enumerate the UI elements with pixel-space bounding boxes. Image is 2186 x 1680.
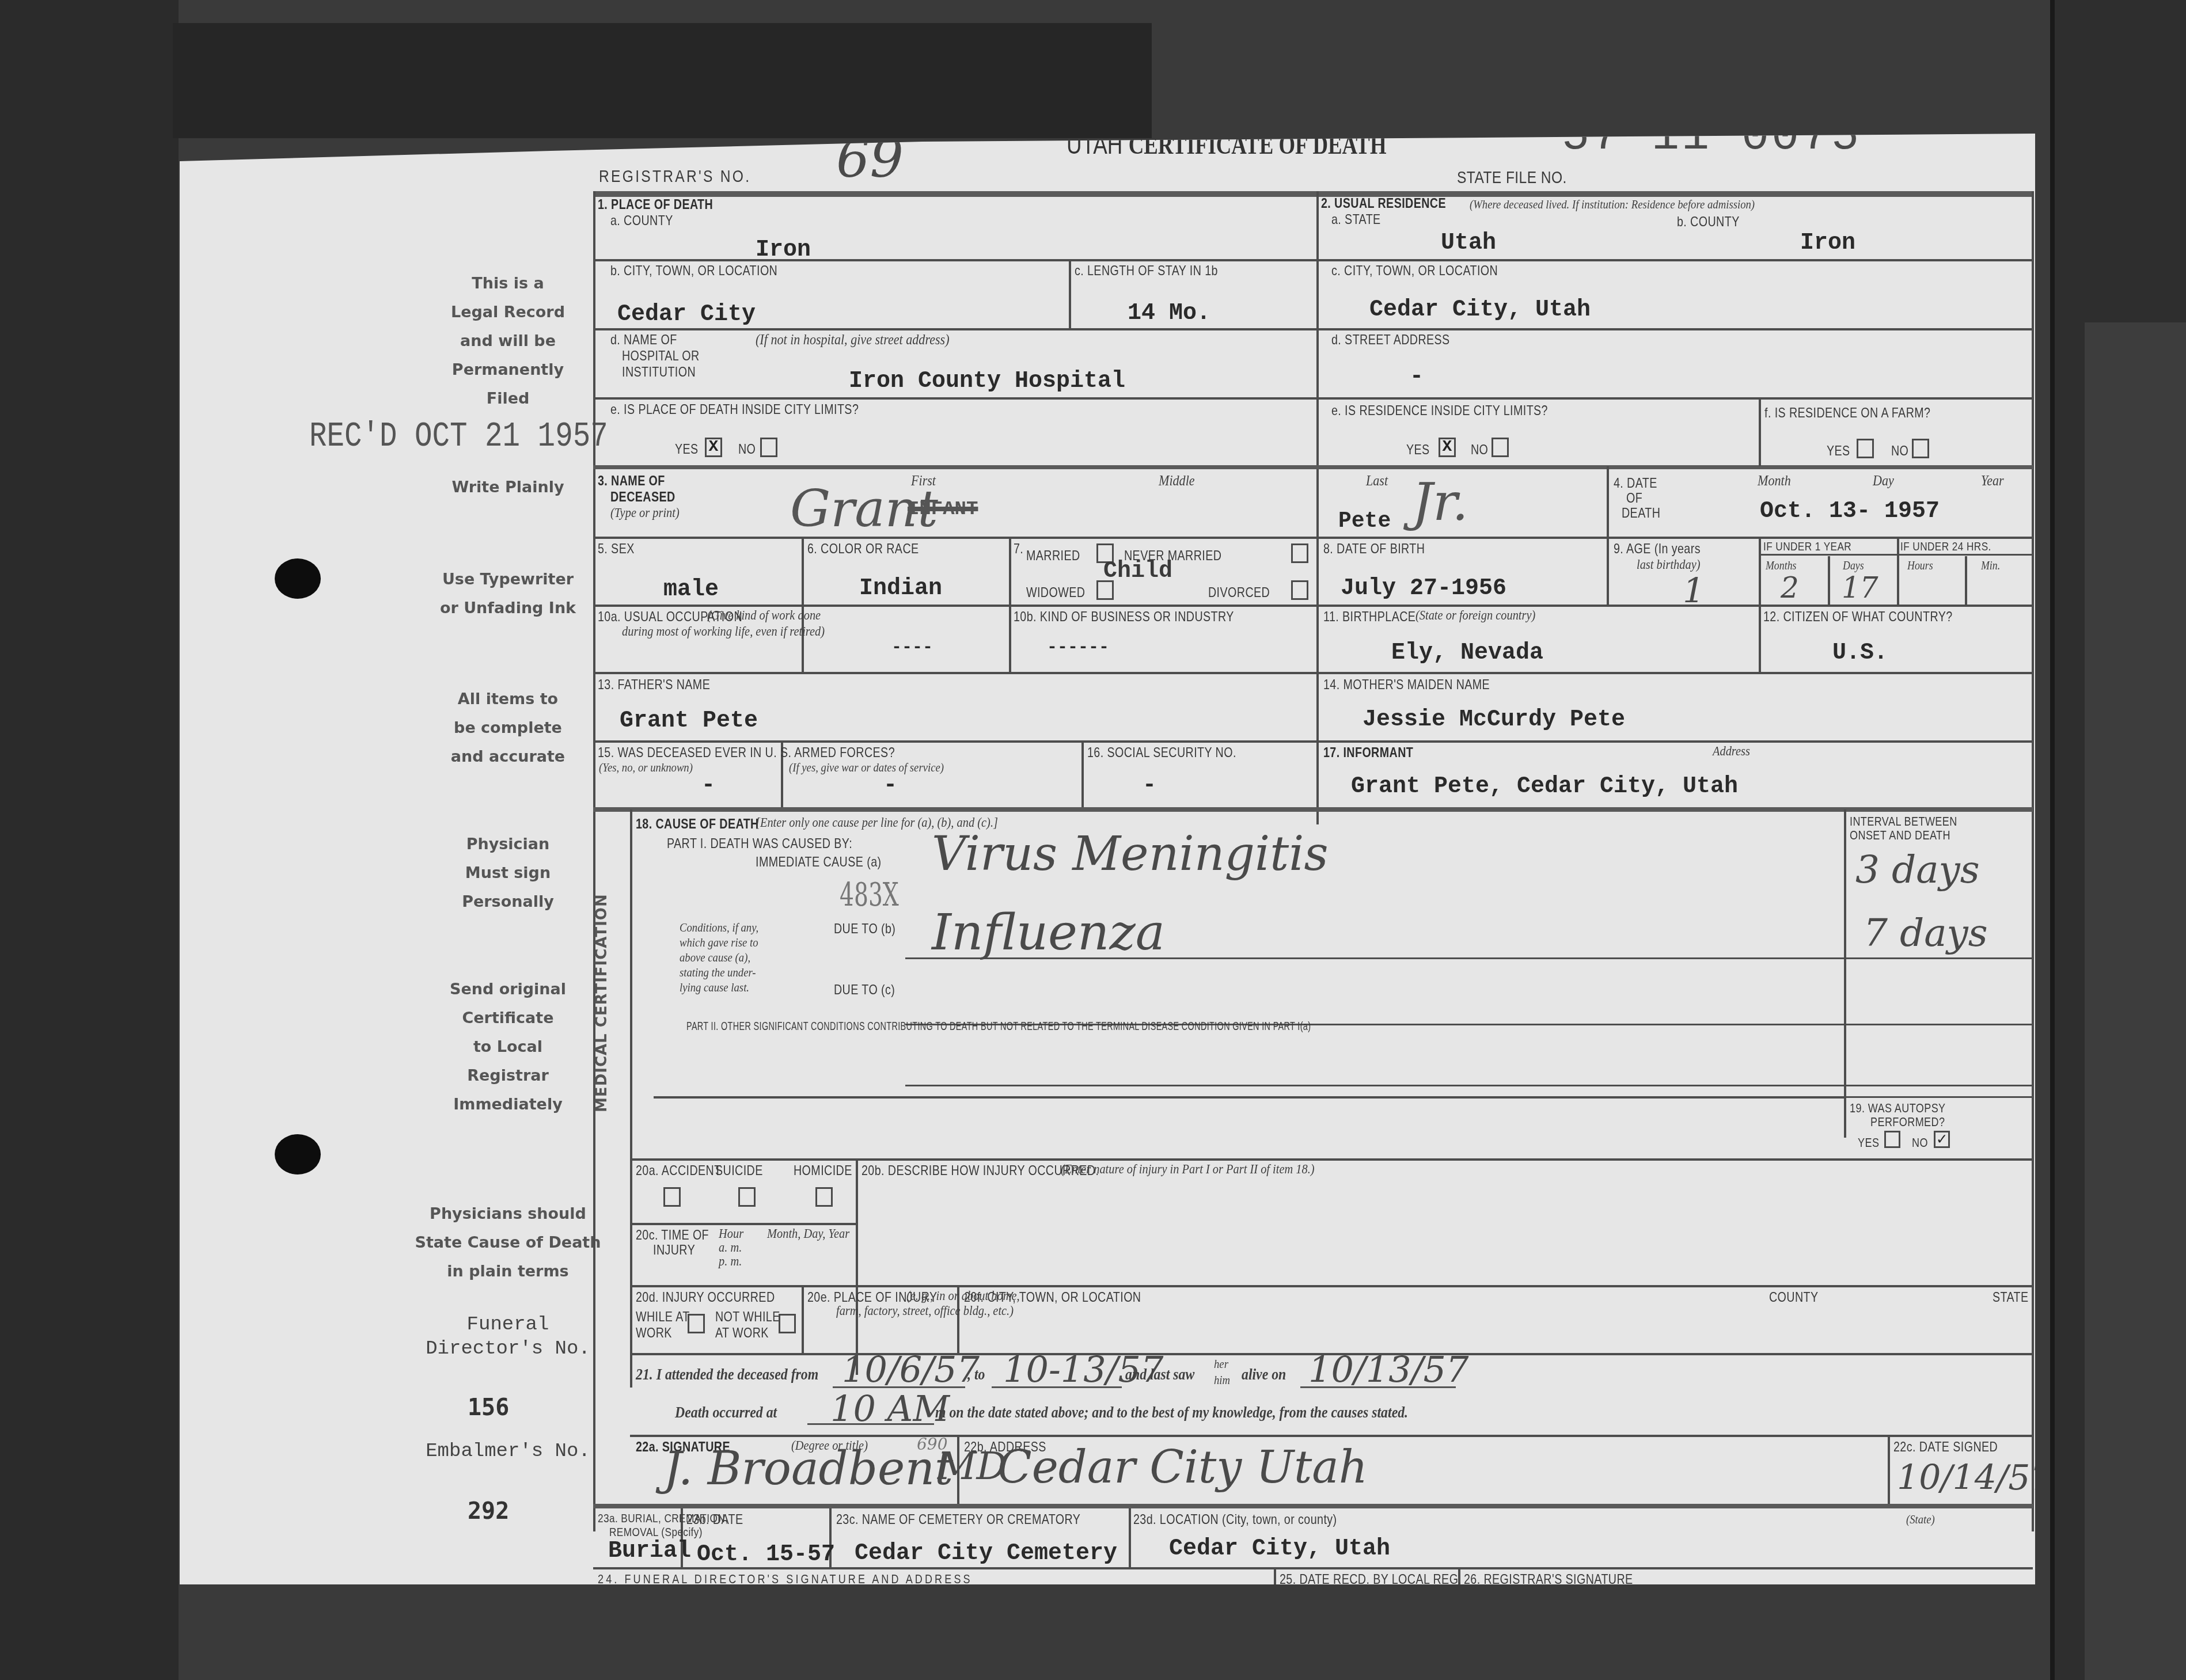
injury-city-label: 20f. CITY, TOWN, OR LOCATION [964, 1290, 1141, 1306]
physician-sign-notice: Physician Must sign Personally [427, 830, 589, 917]
row-line [1844, 1085, 2033, 1086]
race-label: 6. COLOR OR RACE [807, 541, 919, 557]
form-bottom-border [593, 1635, 2033, 1640]
industry-label: 10b. KIND OF BUSINESS OR INDUSTRY [1014, 609, 1234, 625]
min-label: Min. [1981, 558, 2000, 573]
registrar-signature[interactable]: Margaret C. Webster [1462, 1580, 1928, 1631]
widowed-checkbox[interactable] [1096, 580, 1114, 600]
row-line [630, 1223, 856, 1225]
length-of-stay-label: c. LENGTH OF STAY IN 1b [1075, 263, 1218, 279]
to-label: , to [967, 1366, 985, 1384]
injury-state-label: STATE [1993, 1290, 2029, 1306]
punch-hole-top [275, 558, 321, 599]
place-of-death-label: 1. PLACE OF DEATH [598, 197, 713, 213]
pod-no-label: NO [738, 442, 756, 458]
row-line [1844, 1096, 2033, 1098]
suicide-checkbox[interactable] [738, 1187, 756, 1207]
pod-county-value[interactable]: Iron [756, 237, 811, 263]
col-line [1897, 537, 1899, 605]
usual-residence-hint: (Where deceased lived. If institution: R… [1470, 197, 1755, 212]
never-married-checkbox[interactable] [1291, 543, 1308, 563]
res-city-limits-yes-checkbox[interactable]: X [1439, 438, 1456, 457]
age-label-2: last birthday) [1637, 557, 1701, 573]
res-yes-label: YES [1406, 442, 1430, 458]
col-line [1607, 466, 1609, 537]
res-no-label: NO [1471, 442, 1488, 458]
res-city-label: c. CITY, TOWN, OR LOCATION [1331, 263, 1498, 279]
row-line [630, 1435, 2033, 1437]
divorced-label: DIVORCED [1208, 585, 1270, 601]
age-label-1: 9. AGE (In years [1614, 541, 1701, 557]
row-line [593, 1504, 2033, 1508]
time-of-injury-label-1: 20c. TIME OF [636, 1227, 709, 1244]
attended-from-value[interactable]: 10/6/57 [842, 1348, 980, 1390]
col-line [856, 1158, 858, 1375]
mother-value[interactable]: Jessie McCurdy Pete [1363, 707, 1625, 733]
col-line [1759, 397, 1761, 466]
birthplace-value[interactable]: Ely, Nevada [1391, 640, 1543, 666]
homicide-checkbox[interactable] [815, 1187, 833, 1207]
armed-forces-value[interactable]: - [701, 773, 715, 799]
cemetery-label: 23c. NAME OF CEMETERY OR CREMATORY [836, 1512, 1080, 1528]
due-to-c-label: DUE TO (c) [834, 982, 895, 998]
immediate-cause-value[interactable]: Virus Meningitis [932, 827, 1328, 881]
col-line [1274, 1567, 1276, 1636]
while-at-work-checkbox[interactable] [688, 1314, 705, 1333]
legal-record-notice: This is a Legal Record and will be Perma… [427, 269, 589, 413]
interval-column-line [1844, 809, 1846, 1138]
interval-label-2: ONSET AND DEATH [1850, 828, 1950, 843]
burial-date-label: 23b. DATE [686, 1512, 743, 1528]
occupation-value[interactable]: ---- [891, 638, 933, 657]
immediate-cause-label: IMMEDIATE CAUSE (a) [756, 854, 881, 871]
interval-a-line [1844, 957, 2033, 959]
row-line [593, 740, 2033, 743]
col-line [1069, 259, 1071, 328]
res-city-limits-no-checkbox[interactable] [1492, 438, 1509, 457]
part2-label: PART II. OTHER SIGNIFICANT CONDITIONS CO… [686, 1020, 1311, 1033]
age-min-value[interactable] [1982, 577, 2017, 600]
sex-label: 5. SEX [598, 541, 635, 557]
conditions-hint: Conditions, if any, which gave rise to a… [680, 920, 758, 995]
first-name-typed-struck: INFANT [908, 499, 978, 520]
birthplace-label: 11. BIRTHPLACE [1323, 609, 1415, 625]
scanner-background-left [0, 0, 179, 1680]
year-label: Year [1981, 472, 2004, 489]
last-saw-alive-value[interactable]: 10/13/57 [1308, 1348, 1468, 1390]
date-signed-label: 22c. DATE SIGNED [1893, 1439, 1998, 1455]
her-label: her [1214, 1356, 1228, 1371]
res-street-value[interactable]: - [1410, 364, 1424, 390]
armed-forces-service-value[interactable]: - [883, 773, 897, 799]
under-1-year-label: IF UNDER 1 YEAR [1763, 540, 1851, 554]
funeral-director-no-label: Funeral Director's No. [393, 1313, 623, 1361]
time-of-injury-label-2: INJURY [653, 1242, 695, 1259]
row-line [593, 807, 2033, 812]
send-original-notice: Send original Certificate to Local Regis… [427, 975, 589, 1119]
col-line [1828, 556, 1830, 605]
death-certificate: REGISTRAR'S NO. 69 UTAH CERTIFICATE OF D… [180, 134, 2035, 1584]
autopsy-label-1: 19. WAS AUTOPSY [1850, 1101, 1946, 1116]
interval-label-1: INTERVAL BETWEEN [1850, 814, 1957, 829]
age-years-value[interactable]: 1 [1683, 571, 1705, 611]
adjacent-page-edge [2085, 322, 2186, 1680]
write-plainly-notice: Write Plainly [427, 473, 589, 502]
citizen-label: 12. CITIZEN OF WHAT COUNTRY? [1763, 609, 1953, 625]
pod-city-limits-label: e. IS PLACE OF DEATH INSIDE CITY LIMITS? [610, 402, 859, 418]
accident-checkbox[interactable] [663, 1187, 681, 1207]
row-line [593, 672, 2033, 674]
date-recd-value[interactable]: Oct.14.1957 [1280, 1580, 1553, 1631]
part1-label: PART I. DEATH WAS CAUSED BY: [667, 836, 852, 852]
birthplace-hint: (State or foreign country) [1415, 608, 1535, 624]
citizen-value[interactable]: U.S. [1832, 640, 1888, 666]
funeral-director-signature[interactable]: Whitney & Jensen Cedar City [602, 1579, 1270, 1630]
row-line [593, 397, 2033, 400]
am-label: a. m. [719, 1240, 742, 1256]
name-label-2: DECEASED [610, 489, 675, 505]
farm-label: f. IS RESIDENCE ON A FARM? [1764, 405, 1930, 421]
column-divider [1316, 191, 1319, 824]
interval-b-line [1844, 1024, 2033, 1025]
injury-desc-field[interactable] [865, 1187, 2028, 1279]
interval-a-value[interactable]: 3 days [1855, 847, 1980, 892]
location-value[interactable]: Cedar City, Utah [1169, 1536, 1390, 1562]
hour-label: Hour [719, 1226, 743, 1242]
cause-c-line [905, 1085, 1844, 1086]
state-file-no-label: STATE FILE NO. [1457, 168, 1567, 188]
farm-yes-checkbox[interactable] [1857, 439, 1874, 458]
embalmer-no-label: Embalmer's No. [393, 1439, 623, 1464]
scanner-background-tab [173, 23, 1152, 138]
interval-b-value[interactable]: 7 days [1864, 911, 1988, 955]
res-city-value[interactable]: Cedar City, Utah [1369, 297, 1591, 323]
embalmer-no: 292 [468, 1498, 509, 1525]
address-value[interactable]: Cedar City Utah [997, 1442, 1368, 1493]
ssn-value[interactable]: - [1143, 773, 1156, 799]
attended-label: 21. I attended the deceased from [636, 1366, 818, 1384]
col-line [1081, 740, 1084, 807]
occupation-hint-2: during most of working life, even if ret… [622, 624, 825, 640]
homicide-label: HOMICIDE [794, 1163, 852, 1179]
marital-typed-value[interactable]: Child [1103, 558, 1172, 584]
hospital-value[interactable]: Iron County Hospital [849, 368, 1125, 394]
mdy-label: Month, Day, Year [767, 1226, 849, 1242]
mother-label: 14. MOTHER'S MAIDEN NAME [1323, 677, 1490, 693]
registrar-no-label: REGISTRAR'S NO. [599, 167, 751, 187]
autopsy-yes-checkbox[interactable] [1884, 1131, 1900, 1148]
armed-forces-label: 15. WAS DECEASED EVER IN U. S. ARMED FOR… [598, 745, 895, 761]
dob-label: 8. DATE OF BIRTH [1323, 541, 1425, 557]
length-of-stay-value[interactable]: 14 Mo. [1128, 301, 1210, 326]
last-name-label: Last [1366, 472, 1388, 489]
burial-date-value[interactable]: Oct. 15-57 [697, 1542, 835, 1568]
cemetery-value[interactable]: Cedar City Cemetery [855, 1541, 1117, 1567]
name-label-3: (Type or print) [610, 505, 680, 521]
married-label: MARRIED [1026, 548, 1080, 564]
farm-no-label: NO [1891, 443, 1908, 459]
pm-label: p. m. [719, 1254, 742, 1269]
col-line [1888, 1435, 1890, 1507]
dod-label-2: OF [1626, 491, 1642, 507]
row-line [593, 328, 2033, 330]
not-while-at-work-label: NOT WHILE AT WORK [715, 1309, 780, 1341]
row-line [630, 1285, 2033, 1287]
hospital-label-2: HOSPITAL OR [622, 348, 700, 364]
row-line [630, 1158, 2033, 1161]
pod-yes-label: YES [675, 442, 699, 458]
col-line [1009, 537, 1011, 672]
form-left-border [593, 191, 595, 1531]
alive-on-label: alive on [1242, 1366, 1286, 1384]
disposition-value[interactable]: Burial [608, 1538, 691, 1564]
form-right-border [2032, 191, 2034, 1531]
industry-value[interactable]: ------ [1047, 638, 1109, 657]
death-occurred-label: Death occurred at [675, 1404, 777, 1422]
informant-address-label: Address [1713, 744, 1750, 759]
res-street-label: d. STREET ADDRESS [1331, 332, 1450, 348]
pod-city-limits-no-checkbox[interactable] [760, 438, 777, 457]
farm-yes-label: YES [1827, 443, 1850, 459]
day-label: Day [1873, 472, 1894, 489]
typewriter-notice: Use Typewriter or Unfading Ink [399, 565, 617, 623]
col-line [1965, 556, 1967, 605]
pod-city-value[interactable]: Cedar City [617, 302, 756, 328]
him-label: him [1214, 1373, 1230, 1388]
date-signed-value[interactable]: 10/14/57 [1897, 1458, 2052, 1498]
col-line [1607, 537, 1609, 605]
armed-forces-hint-1: (Yes, no, or unknown) [599, 760, 693, 775]
age-months-value[interactable]: 2 [1781, 571, 1799, 605]
col-line [1129, 1508, 1131, 1567]
hospital-label-3: INSTITUTION [622, 364, 696, 381]
autopsy-no-checkbox[interactable]: ✓ [1934, 1131, 1950, 1148]
row-line [593, 605, 2033, 607]
row-line [654, 1096, 1846, 1099]
medical-certification-label: MEDICAL CERTIFICATION [593, 1075, 610, 1112]
informant-value[interactable]: Grant Pete, Cedar City, Utah [1351, 774, 1738, 800]
injury-county-label: COUNTY [1769, 1290, 1819, 1306]
last-name-value[interactable]: Pete [1338, 509, 1391, 534]
col-line [802, 537, 804, 672]
dod-label-1: 4. DATE [1614, 476, 1657, 492]
armed-forces-hint-2: (If yes, give war or dates of service) [789, 760, 944, 775]
row-line [1759, 554, 2033, 556]
col-line [1759, 537, 1761, 672]
res-county-label: b. COUNTY [1677, 214, 1740, 230]
complete-accurate-notice: All items to be complete and accurate [427, 685, 589, 771]
injury-occurred-label: 20d. INJURY OCCURRED [636, 1290, 775, 1306]
due-to-c-value[interactable] [932, 1055, 1830, 1084]
injury-desc-hint: (Enter nature of injury in Part I or Par… [1061, 1162, 1315, 1177]
pod-county-label: a. COUNTY [610, 213, 673, 229]
res-county-value[interactable]: Iron [1800, 230, 1855, 256]
location-label: 23d. LOCATION (City, town, or county) [1133, 1512, 1337, 1528]
hospital-label-1: d. NAME OF [610, 332, 677, 348]
middle-name-label: Middle [1159, 472, 1195, 489]
title-main: CERTIFICATE OF DEATH [1129, 130, 1387, 159]
due-to-b-label: DUE TO (b) [834, 921, 895, 937]
suffix-handwritten[interactable]: Jr. [1412, 472, 1468, 533]
physician-signature[interactable]: J. Broadbent [663, 1442, 953, 1495]
widowed-label: WIDOWED [1026, 585, 1085, 601]
cause-plain-terms-notice: Physicians should State Cause of Death i… [387, 1200, 629, 1286]
suicide-label: SUICIDE [715, 1163, 763, 1179]
father-value[interactable]: Grant Pete [620, 708, 758, 734]
place-of-injury-hint-2: farm, factory, street, office bldg., etc… [836, 1303, 1014, 1319]
age-hours-value[interactable] [1913, 577, 1948, 600]
punch-hole-bottom [275, 1134, 321, 1175]
pod-city-limits-yes-checkbox[interactable]: X [705, 438, 722, 457]
res-city-limits-label: e. IS RESIDENCE INSIDE CITY LIMITS? [1331, 403, 1548, 419]
state-file-no: 57 11 0075 [1562, 111, 1861, 163]
name-label-1: 3. NAME OF [598, 473, 665, 489]
accident-label: 20a. ACCIDENT [636, 1163, 722, 1179]
hospital-hint: (If not in hospital, give street address… [756, 331, 950, 348]
month-label: Month [1758, 472, 1791, 489]
ssn-label: 16. SOCIAL SECURITY NO. [1087, 745, 1236, 761]
date-of-death-value[interactable]: Oct. 13- 1957 [1760, 499, 1940, 524]
row-line [593, 465, 2033, 469]
age-days-value[interactable]: 17 [1842, 571, 1878, 605]
res-state-value[interactable]: Utah [1441, 230, 1496, 256]
dod-label-3: DEATH [1622, 505, 1660, 522]
form-top-border [593, 191, 2034, 197]
race-value[interactable]: Indian [859, 576, 942, 602]
autopsy-label-2: PERFORMED? [1870, 1115, 1945, 1130]
informant-label: 17. INFORMANT [1323, 745, 1413, 761]
death-statement: m on the date stated above; and to the b… [935, 1404, 1408, 1422]
res-state-label: a. STATE [1331, 212, 1381, 228]
col-line [802, 1285, 804, 1353]
under-24-hrs-label: IF UNDER 24 HRS. [1900, 540, 1991, 554]
last-saw-label: and last saw [1125, 1366, 1194, 1384]
funeral-director-no: 156 [468, 1394, 509, 1421]
occupation-hint-1: (Give kind of work done [707, 608, 821, 624]
medical-side-border [630, 809, 632, 1388]
usual-residence-label: 2. USUAL RESIDENCE [1321, 196, 1446, 212]
marital-label: 7. [1014, 541, 1023, 557]
due-to-b-value[interactable]: Influenza [932, 904, 1165, 961]
autopsy-no-label: NO [1912, 1135, 1928, 1150]
dob-value[interactable]: July 27-1956 [1341, 576, 1506, 602]
hours-label: Hours [1907, 558, 1933, 573]
cause-of-death-label: 18. CAUSE OF DEATH [636, 816, 759, 833]
divorced-checkbox[interactable] [1291, 580, 1308, 600]
pod-city-label: b. CITY, TOWN, OR LOCATION [610, 263, 777, 279]
father-label: 13. FATHER'S NAME [598, 677, 710, 693]
received-stamp: REC'D OCT 21 1957 [309, 416, 608, 457]
autopsy-yes-label: YES [1858, 1135, 1879, 1150]
death-time-value[interactable]: 10 AM [830, 1388, 950, 1430]
sex-value[interactable]: male [663, 577, 719, 603]
cause-code-annotation: 483X [840, 876, 899, 914]
while-at-work-label: WHILE AT WORK [636, 1309, 690, 1341]
state-label: (State) [1906, 1512, 1935, 1527]
not-while-at-work-checkbox[interactable] [779, 1314, 796, 1333]
farm-no-checkbox[interactable] [1912, 439, 1929, 458]
